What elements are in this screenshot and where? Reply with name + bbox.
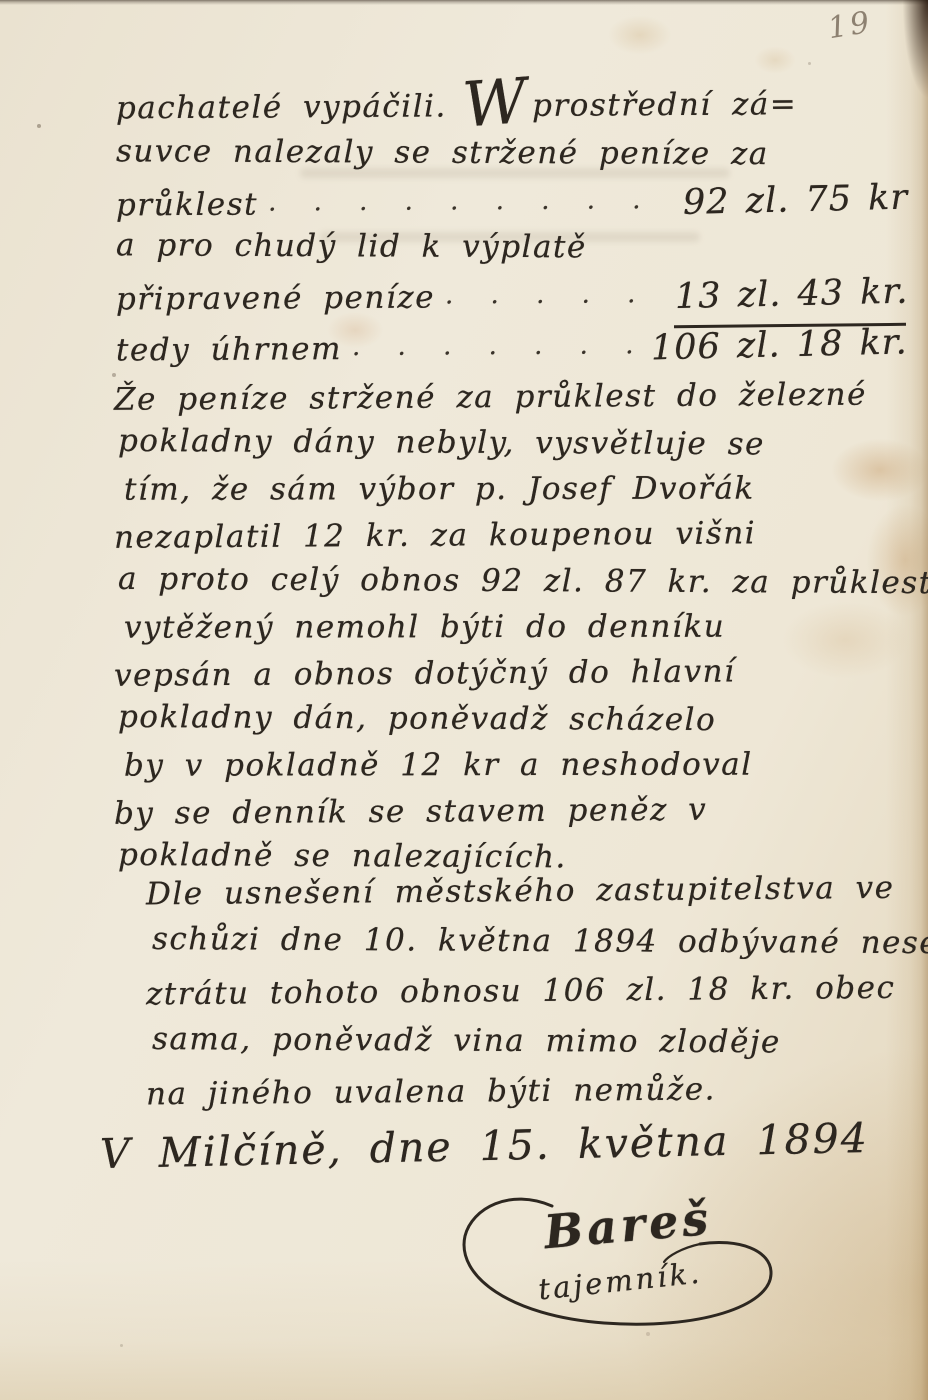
- line-text: a pro chudý lid k výplatě: [116, 227, 587, 265]
- dot-leader: . . . . . . . . . .: [352, 330, 641, 362]
- opening-paragraph: pachatelé vypáčili.Wprostřední zá= suvce…: [116, 88, 908, 371]
- line-text: pachatelé vypáčili.: [116, 88, 447, 126]
- line-text: prostřední zá=: [532, 86, 797, 124]
- manuscript-line: vepsán a obnos dotýčný do hlavní: [114, 647, 918, 699]
- paper-speck: [120, 1344, 123, 1347]
- manuscript-line: Dle usnešení městského zastupitelstva ve: [146, 863, 916, 920]
- dot-leader: . . . . . . . . . . . . .: [268, 185, 673, 217]
- dateline: V Milčíně, dne 15. května 1894: [100, 1114, 870, 1178]
- signature-block: Bareš tajemník.: [452, 1182, 792, 1342]
- manuscript-line: sama, poněvadž vina mimo zloděje: [152, 1014, 922, 1068]
- manuscript-line: by se denník se stavem peněz v: [114, 785, 918, 837]
- page-number: 19: [826, 5, 875, 46]
- ledger-entry-total: tedy úhrnem . . . . . . . . . . 106 zl. …: [116, 325, 908, 374]
- entry-label: připravené peníze: [116, 279, 435, 317]
- manuscript-line: pachatelé vypáčili.Wprostřední zá=: [116, 86, 908, 138]
- manuscript-line: a pro chudý lid k výplatě: [116, 227, 908, 277]
- manuscript-line: Že peníze stržené za průklest do železné: [114, 371, 918, 423]
- manuscript-line: nezaplatil 12 kr. za koupenou višni: [114, 509, 918, 561]
- manuscript-line: schůzi dne 10. května 1894 odbývané nese: [152, 914, 922, 968]
- manuscript-line: ztrátu tohoto obnosu 106 zl. 18 kr. obec: [146, 963, 916, 1020]
- ledger-entry-penize: připravené peníze . . . . . . . . 13 zl.…: [116, 274, 908, 326]
- entry-label: tedy úhrnem: [116, 331, 342, 368]
- paper-speck: [37, 124, 41, 128]
- paper-speck: [808, 62, 811, 65]
- manuscript-line: a proto celý obnos 92 zl. 87 kr. za průk…: [118, 556, 922, 606]
- manuscript-line: pokladny dány nebyly, vysvětluje se: [118, 418, 922, 468]
- explanation-paragraph: Že peníze stržené za průklest do železné…: [114, 374, 918, 880]
- manuscript-line: na jiného uvalena býti nemůže.: [146, 1063, 916, 1120]
- manuscript-page: 19 pachatelé vypáčili.Wprostřední zá= su…: [0, 0, 928, 1400]
- manuscript-line: by v pokladně 12 kr a neshodoval: [124, 741, 928, 788]
- manuscript-line: pokladny dán, poněvadž scházelo: [118, 694, 922, 744]
- manuscript-line: tím, že sám výbor p. Josef Dvořák: [124, 465, 928, 512]
- entry-amount: 13 zl. 43 kr.: [674, 272, 908, 317]
- ornate-initial: W: [463, 101, 528, 106]
- manuscript-line: suvce nalezaly se stržené peníze za: [116, 133, 908, 183]
- manuscript-line: vytěžený nemohl býti do denníku: [124, 603, 928, 650]
- dot-leader: . . . . . . . .: [445, 279, 665, 310]
- line-text: suvce nalezaly se stržené peníze za: [116, 133, 769, 172]
- entry-amount: 106 zl. 18 kr.: [651, 322, 909, 368]
- ledger-entry-pruklest: průklest . . . . . . . . . . . . . 92 zl…: [116, 180, 908, 232]
- entry-amount: 92 zl. 75 kr: [682, 178, 908, 223]
- entry-label: průklest: [116, 187, 258, 224]
- resolution-paragraph: Dle usnešení městského zastupitelstva ve…: [146, 866, 916, 1116]
